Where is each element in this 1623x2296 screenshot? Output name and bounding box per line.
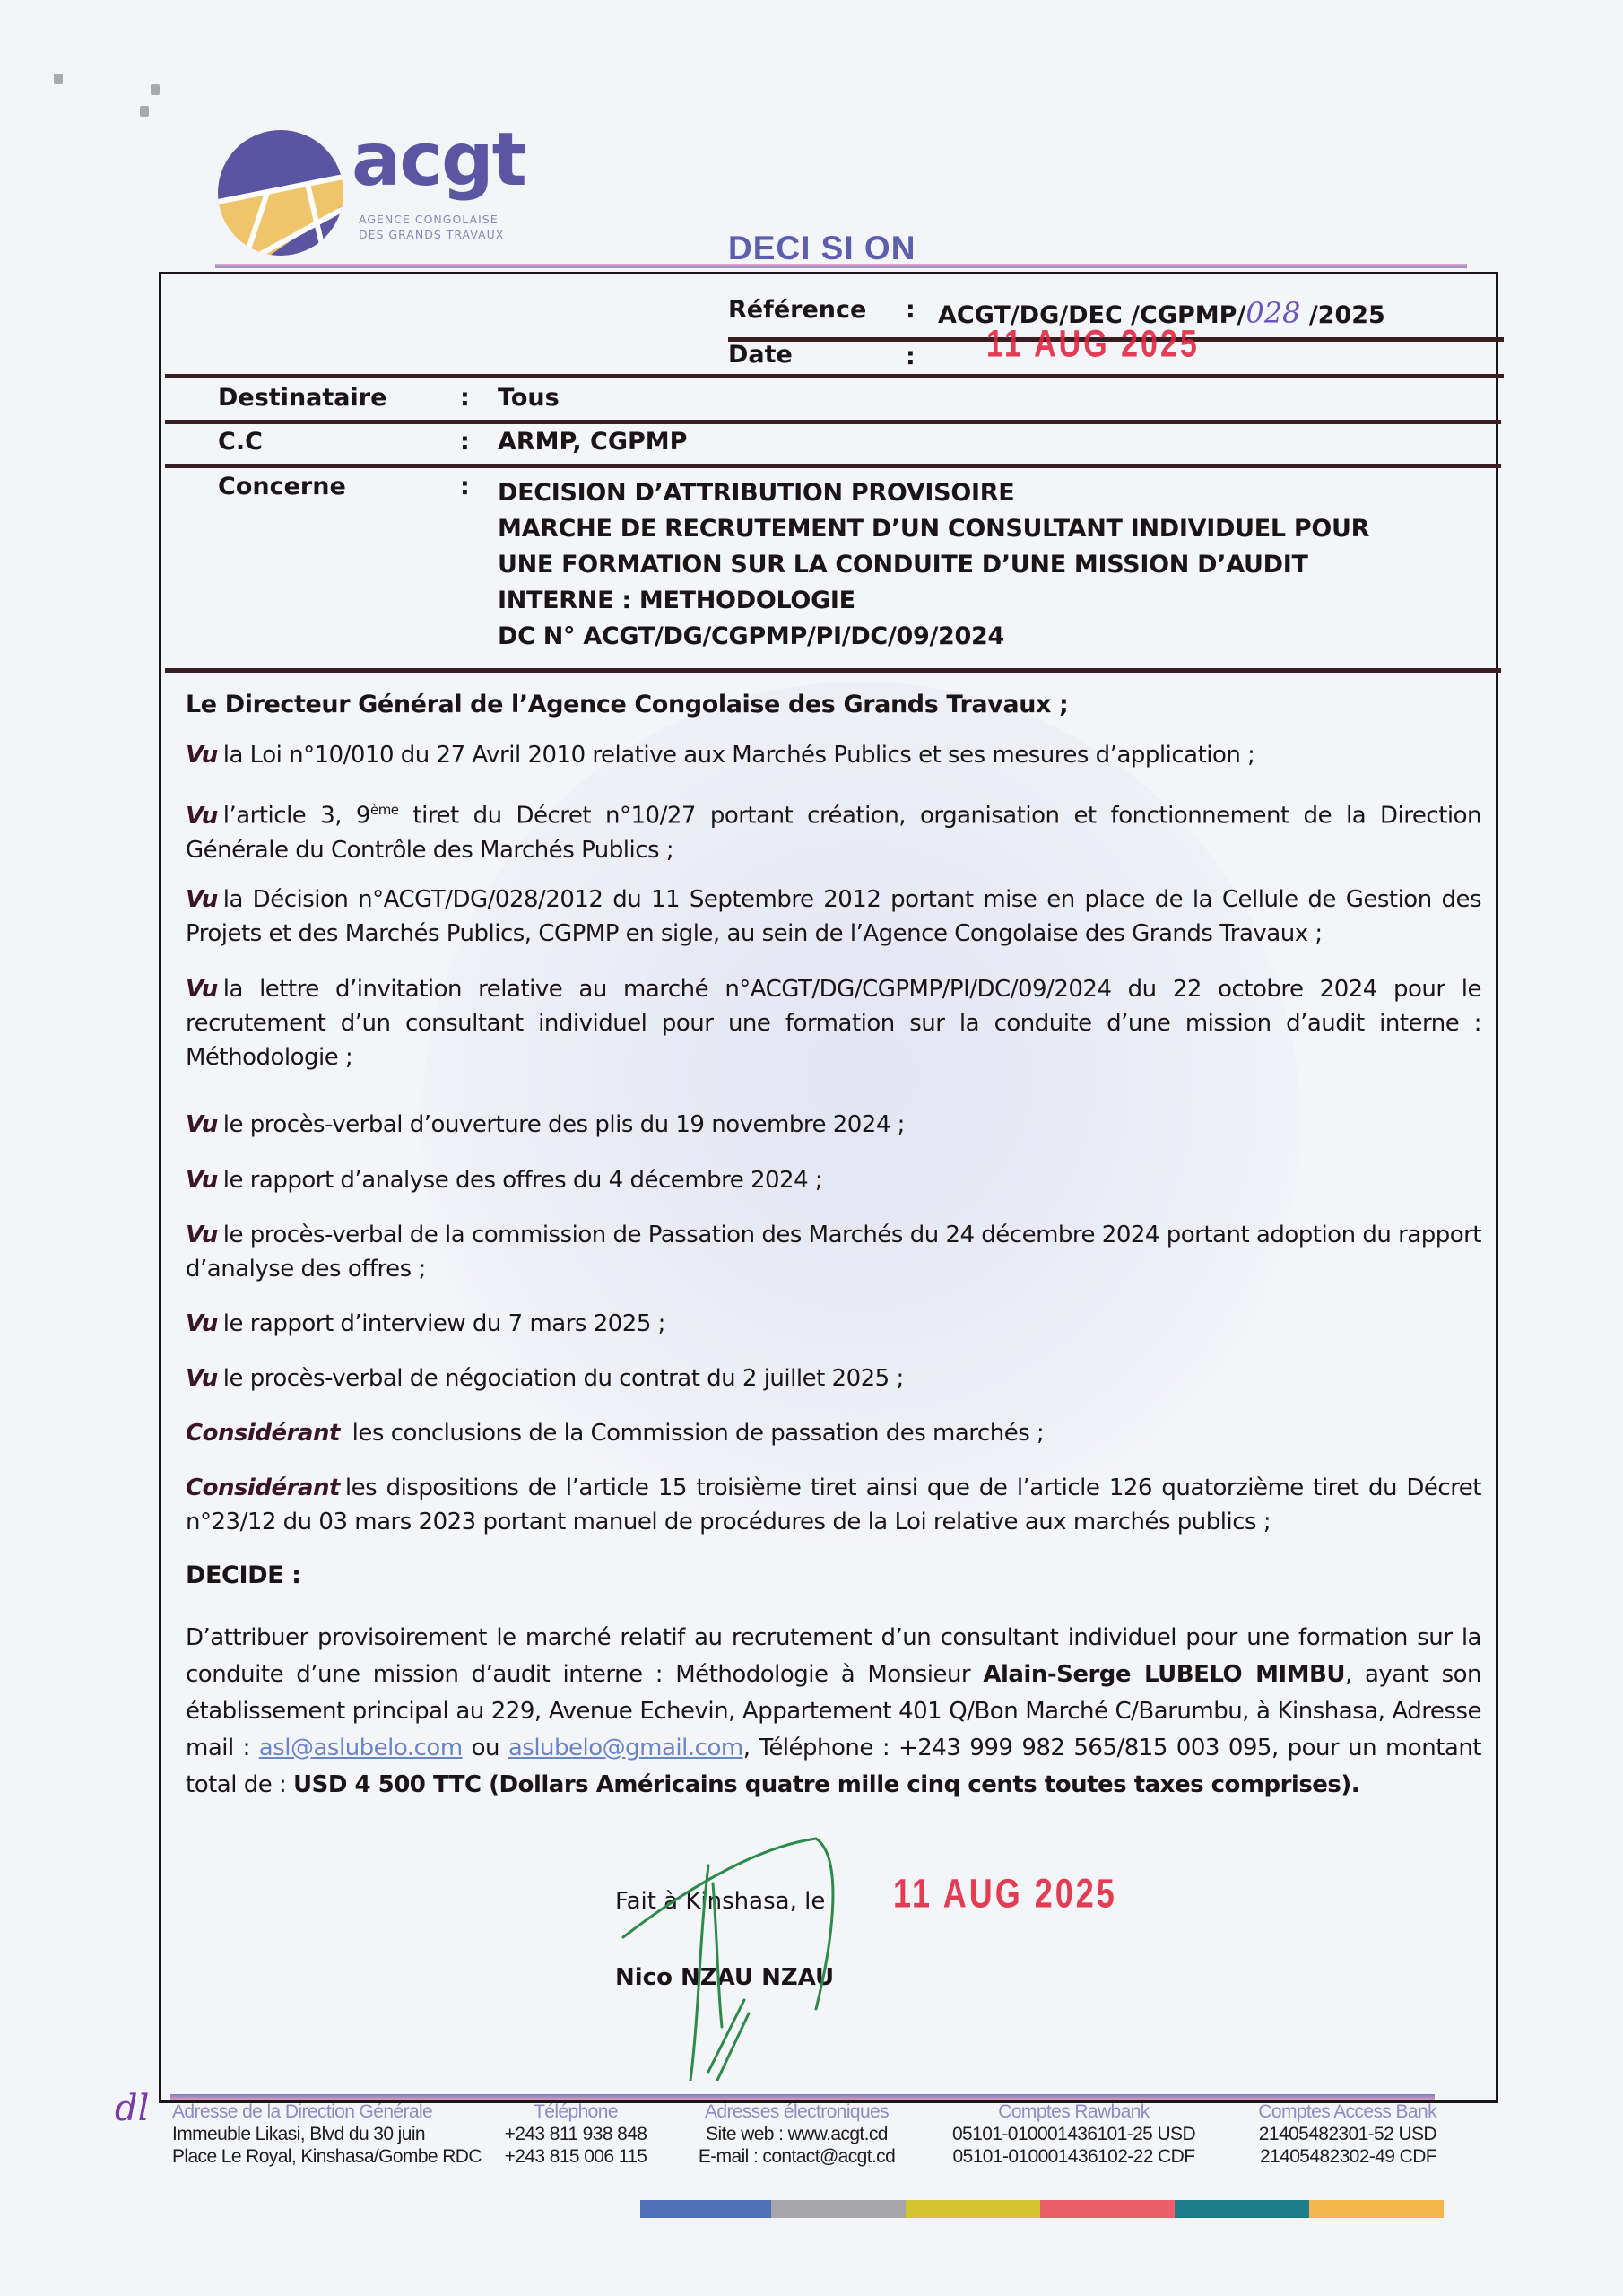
footer-line: +243 815 006 115 [504, 2145, 647, 2168]
footer-line: 21405482302-49 CDF [1234, 2145, 1436, 2168]
logo-subtitle-line: DES GRANDS TRAVAUX [359, 227, 504, 242]
vu-item: Vul’article 3, 9ème tiret du Décret n°10… [186, 793, 1481, 867]
concerne-line: DC N° ACGT/DG/CGPMP/PI/DC/09/2024 [498, 619, 1369, 655]
vu-keyword: Vu [186, 1222, 218, 1248]
vu-text: la Loi n°10/010 du 27 Avril 2010 relativ… [223, 742, 1255, 769]
footer-accessbank: Comptes Access Bank 21405482301-52 USD 2… [1234, 2100, 1436, 2168]
cc-value: ARMP, CGPMP [498, 428, 687, 456]
vu-keyword: Vu [186, 803, 218, 830]
signature-date-stamp: 11 AUG 2025 [893, 1870, 1117, 1918]
colon: : [906, 296, 916, 324]
concerne-line: DECISION D’ATTRIBUTION PROVISOIRE [498, 475, 1369, 511]
logo-wordmark: acgt [352, 124, 525, 197]
vu-keyword: Vu [186, 1365, 218, 1392]
vu-text: la lettre d’invitation relative au march… [186, 976, 1481, 1071]
vu-item: Vule rapport d’interview du 7 mars 2025 … [186, 1307, 1481, 1341]
vu-keyword: Vu [186, 742, 218, 769]
cc-label: C.C [218, 428, 263, 456]
considerant-item: Considérant les conclusions de la Commis… [186, 1416, 1481, 1450]
reference-suffix: /2025 [1309, 301, 1385, 329]
colon: : [460, 428, 470, 456]
color-bar-segment [771, 2200, 906, 2218]
header-divider [215, 264, 1467, 268]
email-link[interactable]: asl@aslubelo.com [259, 1735, 463, 1761]
decision-document: acgt AGENCE CONGOLAISE DES GRANDS TRAVAU… [0, 0, 1623, 2296]
date-label: Date [728, 341, 793, 369]
intro-heading: Le Directeur Général de l’Agence Congola… [186, 688, 1481, 722]
considerant-keyword: Considérant [186, 1420, 340, 1447]
vu-item: Vule procès-verbal de la commission de P… [186, 1218, 1481, 1286]
vu-text: le procès-verbal de la commission de Pas… [186, 1222, 1481, 1283]
footer-line: 05101-010001436101-25 USD [933, 2123, 1215, 2145]
vu-item: Vula Loi n°10/010 du 27 Avril 2010 relat… [186, 738, 1481, 772]
vu-keyword: Vu [186, 886, 218, 913]
footer-line: Place Le Royal, Kinshasa/Gombe RDC [172, 2145, 482, 2168]
colon: : [460, 384, 470, 412]
footer-heading: Adresses électroniques [687, 2100, 907, 2123]
superscript: ème [370, 802, 399, 818]
punch-mark [151, 84, 160, 95]
concerne-line: INTERNE : METHODOLOGIE [498, 583, 1369, 619]
reference-label: Référence [728, 296, 866, 324]
color-bar-segment [1040, 2200, 1175, 2218]
footer-line[interactable]: Site web : www.acgt.cd [687, 2123, 907, 2145]
vu-keyword: Vu [186, 1167, 218, 1194]
email-link[interactable]: aslubelo@gmail.com [508, 1735, 743, 1761]
vu-keyword: Vu [186, 1310, 218, 1337]
initials-handwritten: dl [115, 2088, 149, 2129]
logo-subtitle: AGENCE CONGOLAISE DES GRANDS TRAVAUX [359, 212, 504, 242]
vu-text: le procès-verbal d’ouverture des plis du… [223, 1111, 905, 1138]
vu-item: Vula Décision n°ACGT/DG/028/2012 du 11 S… [186, 883, 1481, 951]
reference-number-handwritten: 028 [1245, 296, 1300, 330]
footer-divider [170, 2094, 1435, 2100]
color-bar-segment [906, 2200, 1040, 2218]
color-bar-segment [640, 2200, 771, 2218]
vu-keyword: Vu [186, 976, 218, 1003]
considerant-item: Considérantles dispositions de l’article… [186, 1471, 1481, 1539]
handwritten-signature-icon [574, 1830, 861, 2081]
date-stamp: 11 AUG 2025 [986, 323, 1200, 367]
divider [165, 374, 1504, 378]
footer-heading: Comptes Rawbank [933, 2100, 1215, 2123]
logo-subtitle-line: AGENCE CONGOLAISE [359, 212, 504, 227]
document-type-title: DECI SI ON [728, 230, 916, 267]
concerne-line: MARCHE DE RECRUTEMENT D’UN CONSULTANT IN… [498, 511, 1369, 547]
destinataire-value: Tous [498, 384, 560, 412]
color-bar-segment [1309, 2200, 1444, 2218]
footer-rawbank: Comptes Rawbank 05101-010001436101-25 US… [933, 2100, 1215, 2168]
color-bar-segment [1175, 2200, 1309, 2218]
vu-item: Vule rapport d’analyse des offres du 4 d… [186, 1163, 1481, 1197]
vu-item: Vule procès-verbal d’ouverture des plis … [186, 1108, 1481, 1142]
vu-keyword: Vu [186, 1111, 218, 1138]
footer-line[interactable]: E-mail : contact@acgt.cd [687, 2145, 907, 2168]
footer-heading: Adresse de la Direction Générale [172, 2100, 482, 2123]
divider [165, 464, 1501, 468]
footer-heading: Téléphone [504, 2100, 647, 2123]
vu-text: l’article 3, 9 [223, 803, 370, 830]
divider [165, 668, 1501, 673]
vu-item: Vula lettre d’invitation relative au mar… [186, 972, 1481, 1074]
footer-phone: Téléphone +243 811 938 848 +243 815 006 … [504, 2100, 647, 2168]
footer-heading: Comptes Access Bank [1234, 2100, 1436, 2123]
concerne-value: DECISION D’ATTRIBUTION PROVISOIRE MARCHE… [498, 475, 1369, 655]
acgt-logo-icon [213, 126, 348, 260]
contract-amount: USD 4 500 TTC (Dollars Américains quatre… [293, 1771, 1359, 1798]
vu-item: Vule procès-verbal de négociation du con… [186, 1361, 1481, 1396]
footer-line: +243 811 938 848 [504, 2123, 647, 2145]
considerant-text: les dispositions de l’article 15 troisiè… [186, 1474, 1481, 1535]
concerne-line: UNE FORMATION SUR LA CONDUITE D’UNE MISS… [498, 547, 1369, 583]
destinataire-label: Destinataire [218, 384, 386, 412]
decision-part: ou [463, 1735, 508, 1761]
vu-text: le procès-verbal de négociation du contr… [223, 1365, 904, 1392]
vu-text: le rapport d’analyse des offres du 4 déc… [223, 1167, 822, 1194]
footer-line: 05101-010001436102-22 CDF [933, 2145, 1215, 2168]
vu-text: la Décision n°ACGT/DG/028/2012 du 11 Sep… [186, 886, 1481, 947]
footer-line: 21405482301-52 USD [1234, 2123, 1436, 2145]
vu-text: le rapport d’interview du 7 mars 2025 ; [223, 1310, 665, 1337]
footer-line: Immeuble Likasi, Blvd du 30 juin [172, 2123, 482, 2145]
colon: : [906, 343, 916, 370]
footer-web: Adresses électroniques Site web : www.ac… [687, 2100, 907, 2168]
divider [165, 420, 1501, 424]
considerant-keyword: Considérant [186, 1474, 340, 1501]
punch-mark [54, 74, 63, 84]
considerant-text: les conclusions de la Commission de pass… [352, 1420, 1045, 1447]
decide-heading: DECIDE : [186, 1559, 1481, 1593]
decision-text: D’attribuer provisoirement le marché rel… [186, 1620, 1481, 1804]
punch-mark [140, 106, 149, 117]
colon: : [460, 473, 470, 500]
footer-address: Adresse de la Direction Générale Immeubl… [172, 2100, 482, 2168]
awardee-name: Alain-Serge LUBELO MIMBU [983, 1661, 1345, 1688]
concerne-label: Concerne [218, 473, 346, 500]
